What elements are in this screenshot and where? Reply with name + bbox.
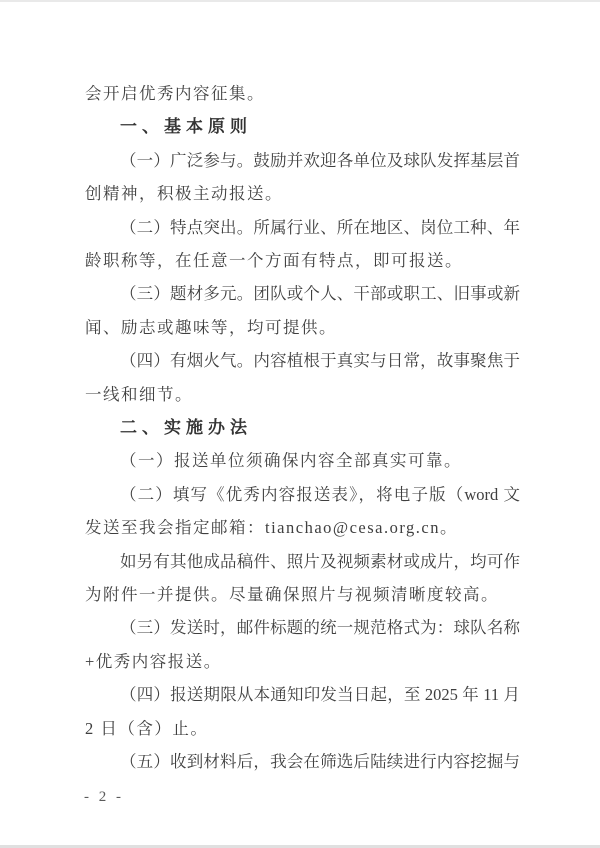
text-line: （四）报送期限从本通知印发当日起，至 2025 年 11 月 xyxy=(85,678,520,711)
text-line: +优秀内容报送。 xyxy=(85,645,520,678)
text-line: 一线和细节。 xyxy=(85,378,520,411)
text-line: （四）有烟火气。内容植根于真实与日常，故事聚焦于 xyxy=(85,344,520,377)
text-line: 如另有其他成品稿件、照片及视频素材或成片，均可作 xyxy=(85,545,520,578)
text-line: （一）报送单位须确保内容全部真实可靠。 xyxy=(85,444,520,477)
text-line: 闻、励志或趣味等，均可提供。 xyxy=(85,311,520,344)
text-line: 会开启优秀内容征集。 xyxy=(85,77,520,110)
text-line: （二）填写《优秀内容报送表》，将电子版（word 文档） xyxy=(85,478,520,511)
text-line: （一）广泛参与。鼓励并欢迎各单位及球队发挥基层首 xyxy=(85,144,520,177)
document-body: 会开启优秀内容征集。一、基本原则（一）广泛参与。鼓励并欢迎各单位及球队发挥基层首… xyxy=(85,77,520,778)
text-line: （三）题材多元。团队或个人、干部或职工、旧事或新 xyxy=(85,277,520,310)
text-line: （三）发送时，邮件标题的统一规范格式为：球队名称 xyxy=(85,611,520,644)
text-line: （五）收到材料后，我会在筛选后陆续进行内容挖掘与 xyxy=(85,745,520,778)
text-line: 龄职称等，在任意一个方面有特点，即可报送。 xyxy=(85,244,520,277)
section-heading: 一、基本原则 xyxy=(85,110,520,143)
text-line: （二）特点突出。所属行业、所在地区、岗位工种、年 xyxy=(85,211,520,244)
text-line: 为附件一并提供。尽量确保照片与视频清晰度较高。 xyxy=(85,578,520,611)
scan-edge-top xyxy=(0,0,600,2)
document-page: 会开启优秀内容征集。一、基本原则（一）广泛参与。鼓励并欢迎各单位及球队发挥基层首… xyxy=(0,0,600,848)
page-number: - 2 - xyxy=(84,789,124,806)
text-line: 创精神，积极主动报送。 xyxy=(85,177,520,210)
text-line: 2 日（含）止。 xyxy=(85,712,520,745)
section-heading: 二、实施办法 xyxy=(85,411,520,444)
text-line: 发送至我会指定邮箱：tianchao@cesa.org.cn。 xyxy=(85,511,520,544)
